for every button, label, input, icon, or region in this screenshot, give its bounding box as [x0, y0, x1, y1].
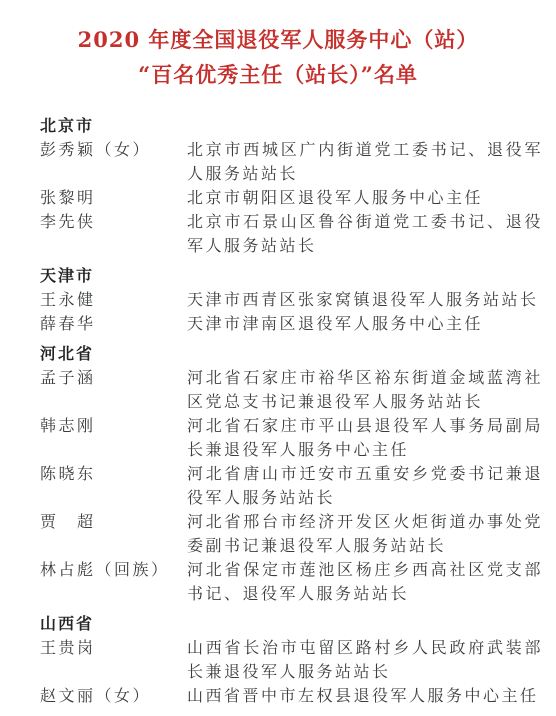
entry-position: 河北省唐山市迁安市五重安乡党委书记兼退役军人服务站站长	[187, 462, 543, 510]
entry-position: 河北省石家庄市平山县退役军人事务局副局长兼退役军人服务中心主任	[187, 414, 543, 462]
entry-name: 韩志刚	[40, 414, 187, 438]
entry-row: 林占彪（回族）河北省保定市莲池区杨庄乡西高社区党支部书记、退役军人服务站站长	[40, 558, 543, 606]
entry-position: 山西省晋中市左权县退役军人服务中心主任	[187, 684, 543, 708]
entry-name: 赵文丽（女）	[40, 684, 187, 708]
entry-name: 彭秀颖（女）	[40, 138, 187, 162]
province-header: 河北省	[40, 342, 543, 366]
entry-position: 河北省邢台市经济开发区火炬街道办事处党委副书记兼退役军人服务站站长	[187, 510, 543, 558]
entry-name: 薛春华	[40, 312, 187, 336]
entry-row: 孟子涵河北省石家庄市裕华区裕东街道金域蓝湾社区党总支书记兼退役军人服务站站长	[40, 366, 543, 414]
province-header: 山西省	[40, 612, 543, 636]
province-section: 山西省王贵岗山西省长治市屯留区路村乡人民政府武装部长兼退役军人服务站站长赵文丽（…	[40, 612, 543, 708]
entry-row: 贾 超河北省邢台市经济开发区火炬街道办事处党委副书记兼退役军人服务站站长	[40, 510, 543, 558]
entry-row: 彭秀颖（女）北京市西城区广内街道党工委书记、退役军人服务站站长	[40, 138, 543, 186]
entry-row: 王永健天津市西青区张家窝镇退役军人服务站站长	[40, 288, 543, 312]
province-header: 北京市	[40, 114, 543, 138]
entry-position: 北京市朝阳区退役军人服务中心主任	[187, 186, 543, 210]
entry-position: 天津市津南区退役军人服务中心主任	[187, 312, 543, 336]
province-header: 天津市	[40, 264, 543, 288]
entry-name: 陈晓东	[40, 462, 187, 486]
entry-row: 薛春华天津市津南区退役军人服务中心主任	[40, 312, 543, 336]
doc-title-line2: “百名优秀主任（站长）”名单	[0, 57, 556, 92]
document-page: 2020 年度全国退役军人服务中心（站） “百名优秀主任（站长）”名单 北京市彭…	[0, 0, 556, 716]
entry-name: 林占彪（回族）	[40, 558, 187, 582]
entry-name: 王贵岗	[40, 636, 187, 660]
entry-position: 北京市石景山区鲁谷街道党工委书记、退役军人服务站站长	[187, 210, 543, 258]
province-section: 北京市彭秀颖（女）北京市西城区广内街道党工委书记、退役军人服务站站长张黎明北京市…	[40, 114, 543, 258]
entry-position: 北京市西城区广内街道党工委书记、退役军人服务站站长	[187, 138, 543, 186]
entry-position: 天津市西青区张家窝镇退役军人服务站站长	[187, 288, 543, 312]
entry-position: 河北省石家庄市裕华区裕东街道金域蓝湾社区党总支书记兼退役军人服务站站长	[187, 366, 543, 414]
award-list: 北京市彭秀颖（女）北京市西城区广内街道党工委书记、退役军人服务站站长张黎明北京市…	[40, 114, 543, 708]
doc-title-line1: 2020 年度全国退役军人服务中心（站）	[0, 22, 556, 57]
entry-position: 河北省保定市莲池区杨庄乡西高社区党支部书记、退役军人服务站站长	[187, 558, 543, 606]
province-section: 天津市王永健天津市西青区张家窝镇退役军人服务站站长薛春华天津市津南区退役军人服务…	[40, 264, 543, 336]
entry-name: 孟子涵	[40, 366, 187, 390]
entry-row: 韩志刚河北省石家庄市平山县退役军人事务局副局长兼退役军人服务中心主任	[40, 414, 543, 462]
province-section: 河北省孟子涵河北省石家庄市裕华区裕东街道金域蓝湾社区党总支书记兼退役军人服务站站…	[40, 342, 543, 606]
entry-name: 张黎明	[40, 186, 187, 210]
entry-name: 王永健	[40, 288, 187, 312]
entry-row: 李先侠北京市石景山区鲁谷街道党工委书记、退役军人服务站站长	[40, 210, 543, 258]
entry-row: 陈晓东河北省唐山市迁安市五重安乡党委书记兼退役军人服务站站长	[40, 462, 543, 510]
entry-position: 山西省长治市屯留区路村乡人民政府武装部长兼退役军人服务站站长	[187, 636, 543, 684]
entry-row: 王贵岗山西省长治市屯留区路村乡人民政府武装部长兼退役军人服务站站长	[40, 636, 543, 684]
entry-row: 张黎明北京市朝阳区退役军人服务中心主任	[40, 186, 543, 210]
entry-row: 赵文丽（女）山西省晋中市左权县退役军人服务中心主任	[40, 684, 543, 708]
entry-name: 李先侠	[40, 210, 187, 234]
entry-name: 贾 超	[40, 510, 187, 534]
doc-title: 2020 年度全国退役军人服务中心（站） “百名优秀主任（站长）”名单	[0, 0, 556, 92]
